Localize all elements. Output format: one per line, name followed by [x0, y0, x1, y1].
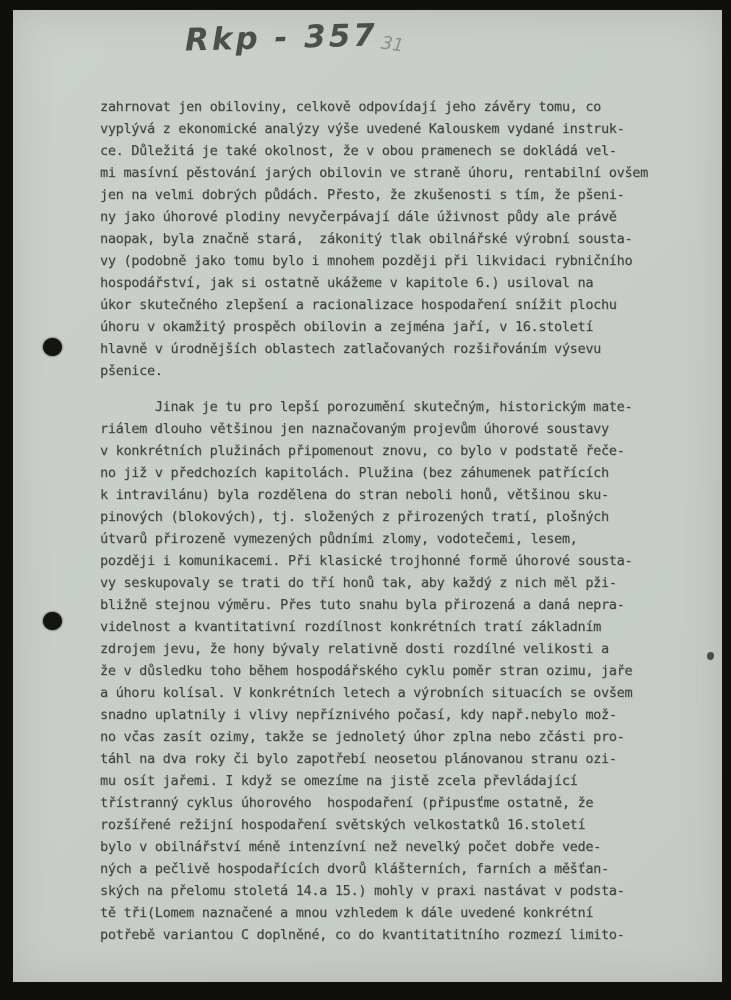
paragraph: zahrnovat jen obiloviny, celkově odpovíd… [100, 96, 690, 382]
text-line: ských na přelomu stoletá 14.a 15.) mohly… [100, 880, 690, 902]
punch-hole-bottom [43, 612, 62, 630]
punch-hole-top [43, 338, 62, 356]
page-number-annotation: 31 [380, 33, 406, 57]
text-line: mi masívní pěstování jarých obilovin ve … [100, 162, 690, 184]
text-line: třístranný cyklus úhorového hospodaření … [100, 792, 690, 814]
text-line: zahrnovat jen obiloviny, celkově odpovíd… [100, 96, 690, 118]
text-line: bližně stejnou výměru. Přes tuto snahu b… [100, 594, 690, 616]
manuscript-number-annotation: Rkp - 357 [185, 17, 379, 58]
text-line: zdrojem jevu, že hony bývaly relativně d… [100, 638, 690, 660]
text-line: jen na velmi dobrých půdách. Přesto, že … [100, 184, 690, 206]
text-line: úkor skutečného zlepšení a racionalizace… [100, 294, 690, 316]
text-line: no včas zasít ozimy, takže se jednoletý … [100, 726, 690, 748]
text-line: útvarů přirozeně vymezených půdními zlom… [100, 528, 690, 550]
text-line: rozšířené režijní hospodaření světských … [100, 814, 690, 836]
text-line: vyplývá z ekonomické analýzy výše uveden… [100, 118, 690, 140]
text-line: mu osít jařemi. I když se omezíme na jis… [100, 770, 690, 792]
text-line: vy (podobně jako tomu bylo i mnohem pozd… [100, 250, 690, 272]
text-line: naopak, byla značně stará, zákonitý tlak… [100, 228, 690, 250]
text-line: vy seskupovaly se trati do tří honů tak,… [100, 572, 690, 594]
text-line: ce. Důležitá je také okolnost, že v obou… [100, 140, 690, 162]
text-line: riálem dlouho většinou jen naznačovaným … [100, 418, 690, 440]
scanned-page: Rkp - 357 31 zahrnovat jen obiloviny, ce… [13, 10, 722, 982]
paragraph: Jinak je tu pro lepší porozumění skutečn… [100, 396, 690, 946]
text-line: snadno uplatnily i vlivy nepříznivého po… [100, 704, 690, 726]
text-line: úhoru v okamžitý prospěch obilovin a zej… [100, 316, 690, 338]
text-line: hlavně v úrodnějších oblastech zatlačova… [100, 338, 690, 360]
text-line: později i komunikacemi. Při klasické tro… [100, 550, 690, 572]
text-line: k intravilánu) byla rozdělena do stran n… [100, 484, 690, 506]
text-line: hospodářství, jak si ostatně ukážeme v k… [100, 272, 690, 294]
text-line: bylo v obilnářství méně intenzívní než n… [100, 836, 690, 858]
text-line: tě tři(Lomem naznačené a mnou vzhledem k… [100, 902, 690, 924]
text-line: a úhoru kolísal. V konkrétních letech a … [100, 682, 690, 704]
text-line: pinových (blokových), tj. složených z př… [100, 506, 690, 528]
text-line: ných a pečlivě hospodařících dvorů klášt… [100, 858, 690, 880]
ink-speck [707, 652, 714, 660]
text-line: v konkrétních plužinách připomenout znov… [100, 440, 690, 462]
text-line: pšenice. [100, 360, 690, 382]
text-line: no již v předchozích kapitolách. Plužina… [100, 462, 690, 484]
text-line: táhl na dva roky či bylo zapotřebí neose… [100, 748, 690, 770]
text-line: potřebě variantou C doplněné, co do kvan… [100, 924, 690, 946]
text-line: ny jako úhorové plodiny nevyčerpávají dá… [100, 206, 690, 228]
text-line: videlnost a kvantitativní rozdílnost kon… [100, 616, 690, 638]
text-line: že v důsledku toho během hospodářského c… [100, 660, 690, 682]
typewritten-text: zahrnovat jen obiloviny, celkově odpovíd… [100, 96, 690, 946]
text-line: Jinak je tu pro lepší porozumění skutečn… [100, 396, 690, 418]
